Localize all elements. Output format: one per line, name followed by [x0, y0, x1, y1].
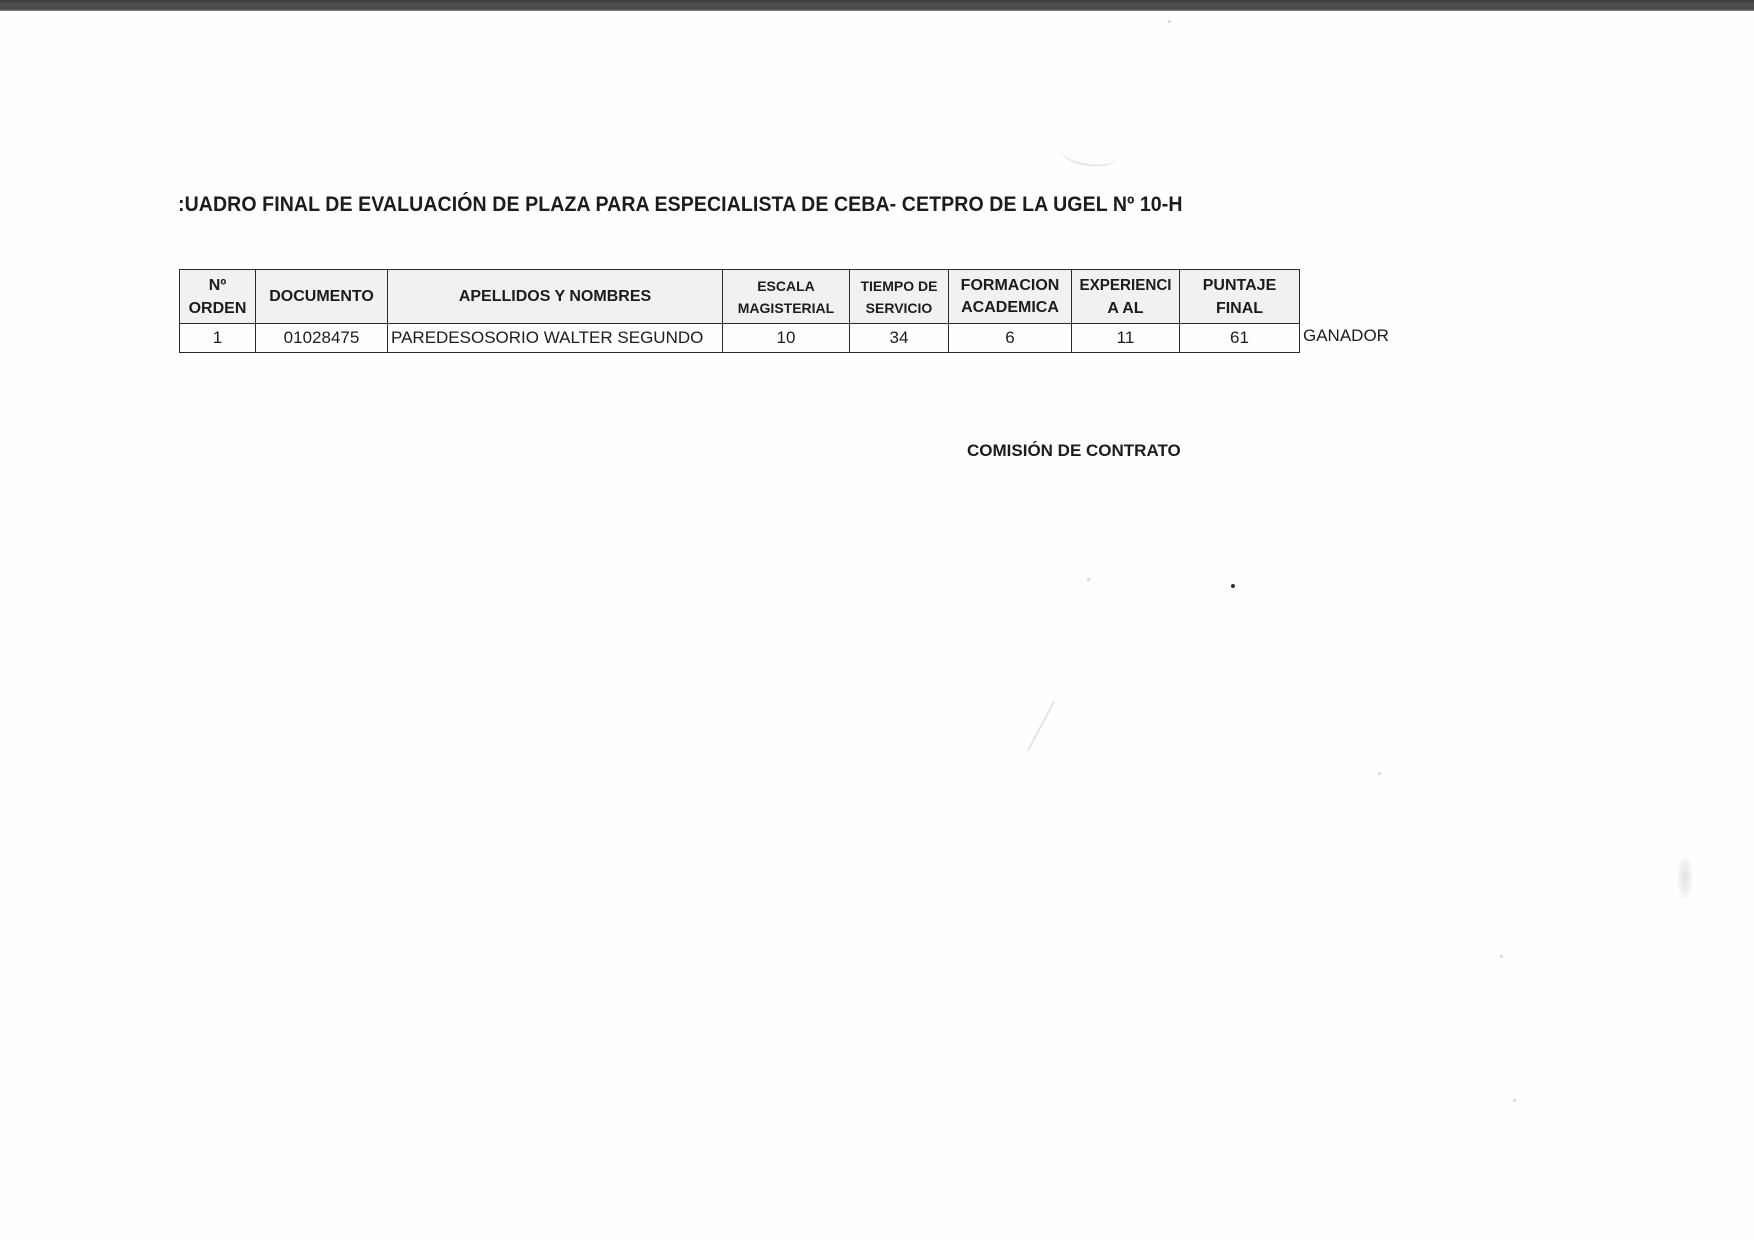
scan-artifact-speck [1087, 578, 1090, 581]
header-experiencia: EXPERIENCI A AL [1072, 270, 1180, 324]
table-row: 1 01028475 PAREDESOSORIO WALTER SEGUNDO … [180, 324, 1300, 353]
scan-artifact-slash [1027, 701, 1055, 751]
scan-artifact-speck [1500, 955, 1503, 958]
cell-tiempo-servicio: 34 [850, 324, 949, 353]
cell-puntaje-final: 61 [1180, 324, 1300, 353]
evaluation-table: Nº ORDEN DOCUMENTO APELLIDOS Y NOMBRES E… [179, 269, 1300, 353]
scan-artifact-speck [1168, 20, 1171, 23]
scan-artifact-speck [1513, 1099, 1516, 1102]
header-tiempo-servicio: TIEMPO DE SERVICIO [850, 270, 949, 324]
cell-documento: 01028475 [256, 324, 388, 353]
cell-orden: 1 [180, 324, 256, 353]
header-puntaje-final: PUNTAJE FINAL [1180, 270, 1300, 324]
signature-block: COMISIÓN DE CONTRATO [967, 441, 1181, 461]
cell-nombres: PAREDESOSORIO WALTER SEGUNDO [388, 324, 723, 353]
cell-formacion-academica: 6 [949, 324, 1072, 353]
table-header-row: Nº ORDEN DOCUMENTO APELLIDOS Y NOMBRES E… [180, 270, 1300, 324]
header-documento: DOCUMENTO [256, 270, 388, 324]
cell-escala-magisterial: 10 [723, 324, 850, 353]
scan-artifact-speck [1378, 772, 1381, 775]
scan-artifact-smudge [1678, 858, 1692, 898]
header-escala-magisterial: ESCALA MAGISTERIAL [723, 270, 850, 324]
cell-experiencia: 11 [1072, 324, 1180, 353]
header-orden: Nº ORDEN [180, 270, 256, 324]
header-apellidos-nombres: APELLIDOS Y NOMBRES [388, 270, 723, 324]
scan-artifact-dot [1231, 584, 1235, 588]
result-label: GANADOR [1303, 326, 1389, 346]
scan-edge-bar [0, 0, 1754, 11]
document-title: :UADRO FINAL DE EVALUACIÓN DE PLAZA PARA… [178, 193, 1183, 217]
scan-artifact-curve [1058, 136, 1119, 170]
header-formacion-academica: FORMACION ACADEMICA [949, 270, 1072, 324]
